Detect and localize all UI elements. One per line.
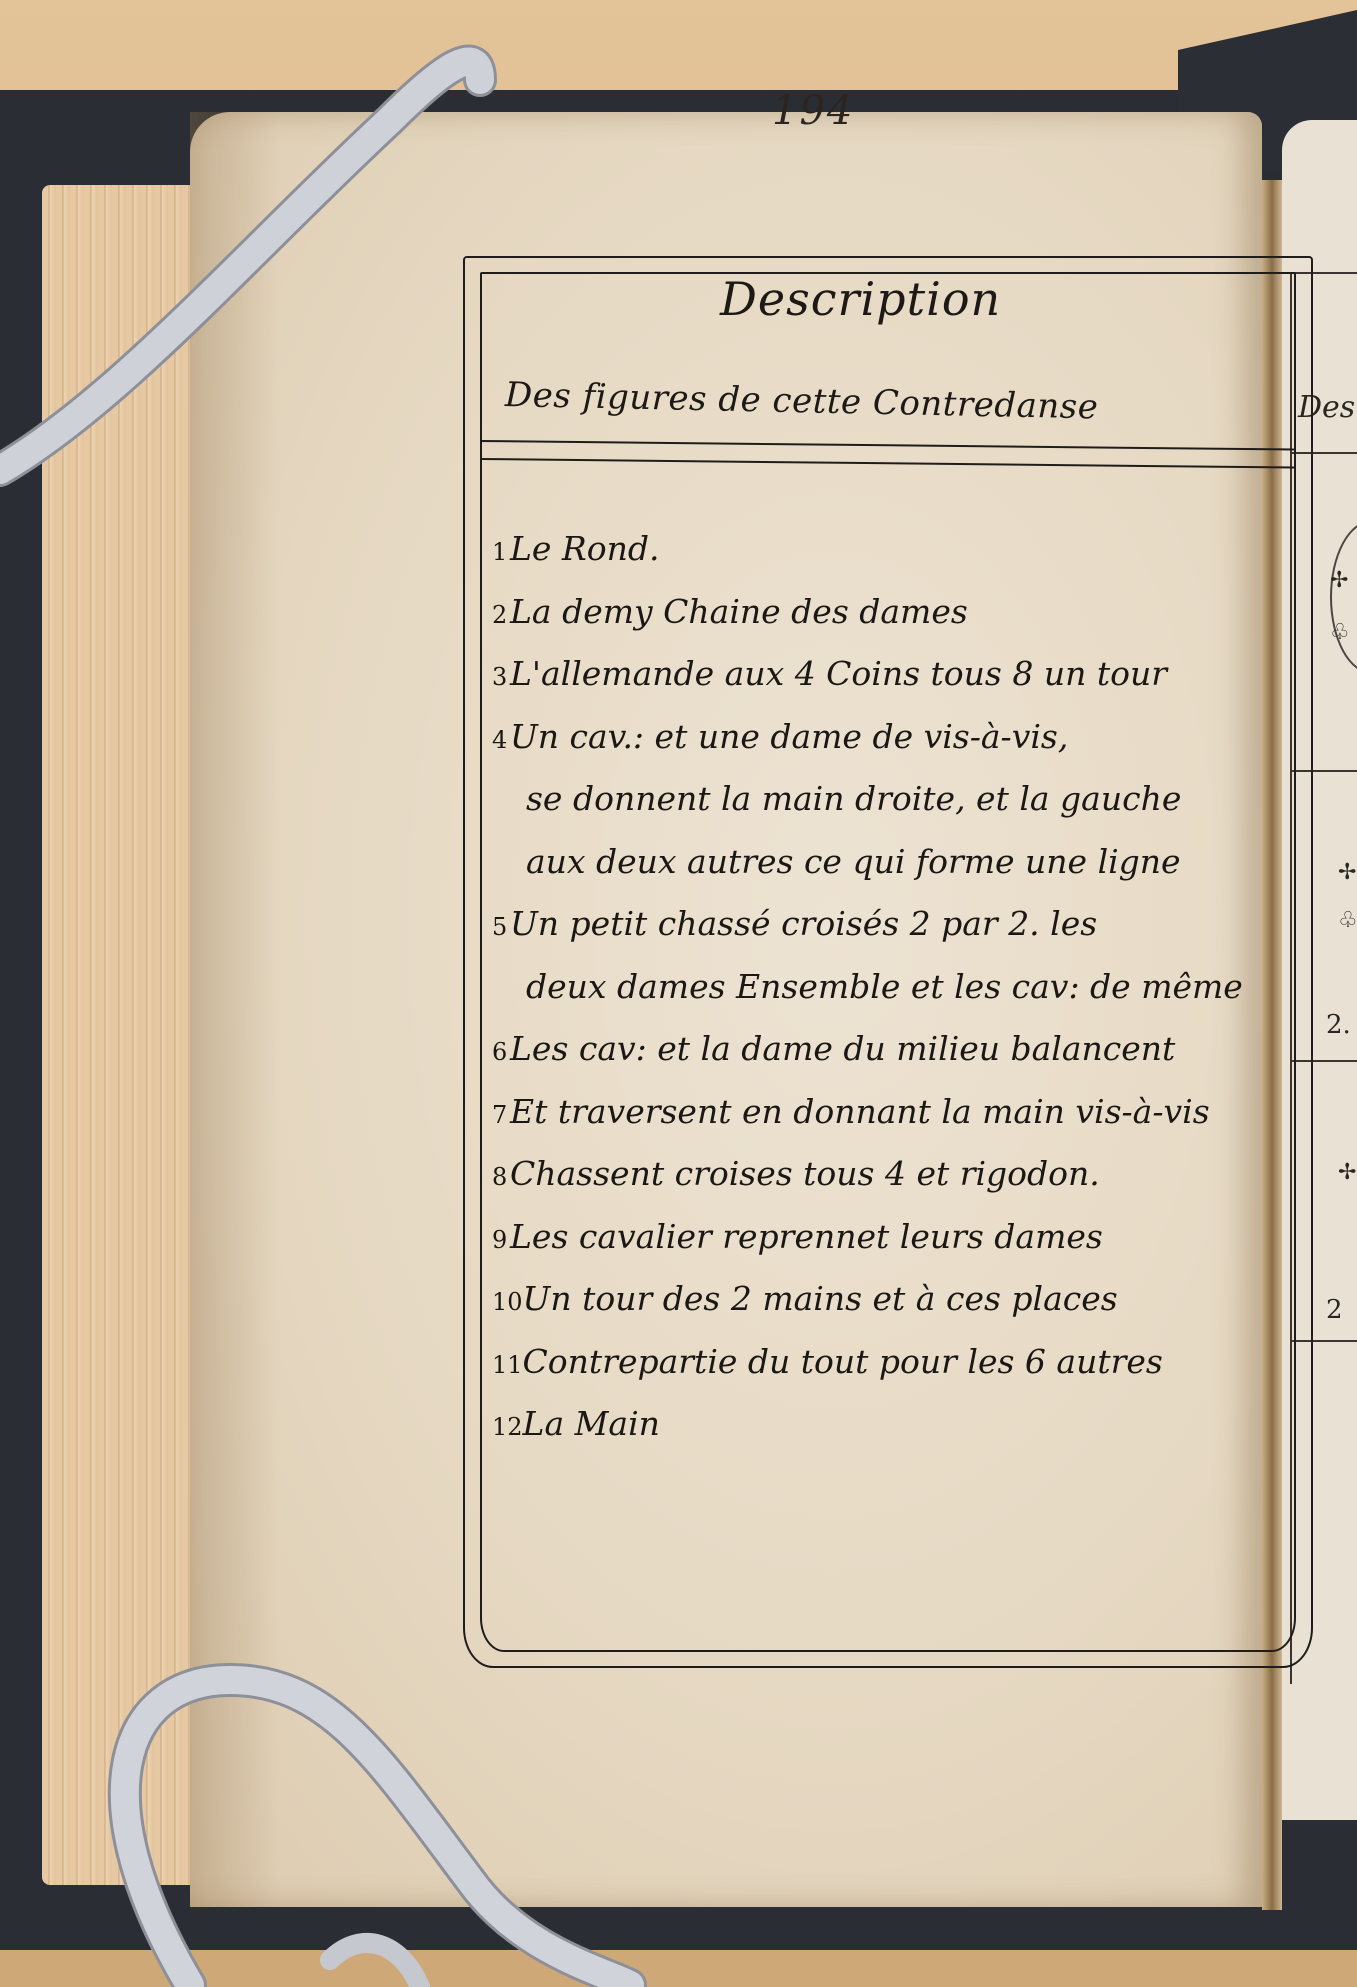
cotton-cord-ties xyxy=(0,0,1357,1987)
